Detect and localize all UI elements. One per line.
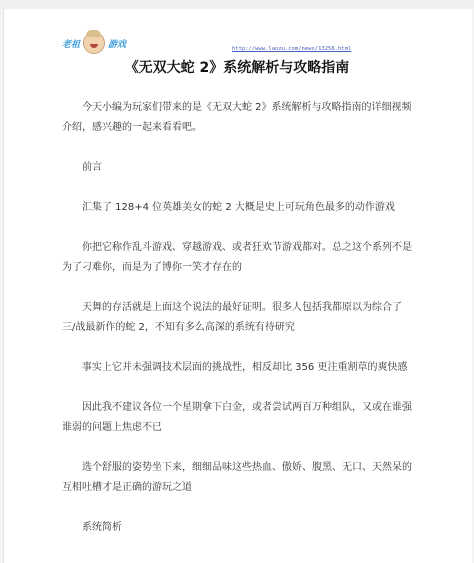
logo-text-right: 游戏 <box>108 37 126 50</box>
paragraph: 天舞的存活就是上面这个说法的最好证明。很多人包括我都原以为综合了三/战最新作的蛇… <box>62 298 414 338</box>
viewer-top-bar <box>0 0 474 9</box>
logo-text-left: 老祖 <box>62 37 80 50</box>
paragraph: 因此我不建议各位一个星期拿下白金，或者尝试两百万种组队，又或在谁强谁弱的问题上焦… <box>62 398 414 438</box>
section-heading: 系统简析 <box>62 518 414 538</box>
mascot-face-icon <box>83 32 105 54</box>
paragraph: 事实上它并未强调技术层面的挑战性，相反却比 356 更注重割草的爽快感 <box>62 358 414 378</box>
document-body: 今天小编为玩家们带来的是《无双大蛇 2》系统解析与攻略指南的详细视频介绍，感兴趣… <box>62 98 414 558</box>
source-url-link[interactable]: http://www.laozu.com/news/13258.html <box>232 46 351 52</box>
section-heading: 前言 <box>62 158 414 178</box>
paragraph: 汇集了 128+4 位英雄美女的蛇 2 大概是史上可玩角色最多的动作游戏 <box>62 198 414 218</box>
paragraph: 今天小编为玩家们带来的是《无双大蛇 2》系统解析与攻略指南的详细视频介绍，感兴趣… <box>62 98 414 138</box>
site-logo: 老祖 游戏 <box>62 29 140 57</box>
paragraph: 你把它称作乱斗游戏、穿越游戏、或者狂欢节游戏都对。总之这个系列不是为了刁难你，而… <box>62 238 414 278</box>
document-title: 《无双大蛇 2》系统解析与攻略指南 <box>0 57 474 77</box>
paragraph: 选个舒服的姿势坐下来，细细品味这些热血、傲娇、腹黑、无口、天然呆的互相吐槽才是正… <box>62 458 414 498</box>
